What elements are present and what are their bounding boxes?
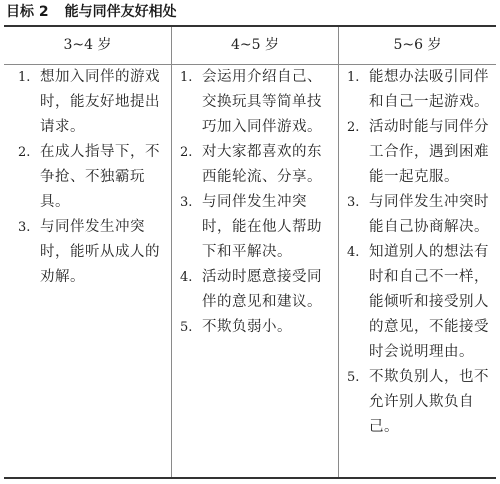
header-age-5-6: 5~6 岁: [339, 27, 496, 64]
list-item: 5. 不欺负别人，也不允许别人欺负自己。: [347, 365, 494, 440]
goal-number: 目标 2: [6, 3, 49, 21]
list-item: 5. 不欺负弱小。: [180, 315, 336, 340]
column-age-5-6: 1. 能想办法吸引同伴和自己一起游戏。 2. 活动时能与同伴分工合作，遇到困难能…: [347, 65, 494, 440]
column-age-3-4: 1. 想加入同伴的游戏时，能友好地提出请求。 2. 在成人指导下，不争抢、不独霸…: [18, 65, 168, 290]
item-number: 5.: [180, 315, 192, 340]
list-item: 2. 在成人指导下，不争抢、不独霸玩具。: [18, 140, 168, 215]
goal-heading: 能与同伴友好相处: [65, 4, 177, 20]
item-number: 4.: [180, 265, 192, 290]
list-item: 3. 与同伴发生冲突时，能听从成人的劝解。: [18, 215, 168, 290]
item-text: 活动时能与同伴分工合作，遇到困难能一起克服。: [369, 115, 494, 190]
column-divider: [171, 27, 172, 477]
item-text: 不欺负别人，也不允许别人欺负自己。: [369, 365, 494, 440]
item-text: 会运用介绍自己、交换玩具等简单技巧加入同伴游戏。: [202, 65, 336, 140]
item-text: 想加入同伴的游戏时，能友好地提出请求。: [40, 65, 168, 140]
item-text: 与同伴发生冲突时，能听从成人的劝解。: [40, 215, 168, 290]
item-number: 4.: [347, 240, 359, 265]
list-item: 3. 与同伴发生冲突时能自己协商解决。: [347, 190, 494, 240]
item-number: 1.: [18, 65, 30, 90]
item-number: 3.: [347, 190, 359, 215]
list-item: 1. 想加入同伴的游戏时，能友好地提出请求。: [18, 65, 168, 140]
item-number: 2.: [347, 115, 359, 140]
list-item: 2. 活动时能与同伴分工合作，遇到困难能一起克服。: [347, 115, 494, 190]
item-number: 3.: [18, 215, 30, 240]
column-divider: [338, 27, 339, 477]
item-text: 与同伴发生冲突时能自己协商解决。: [369, 190, 494, 240]
column-age-4-5: 1. 会运用介绍自己、交换玩具等简单技巧加入同伴游戏。 2. 对大家都喜欢的东西…: [180, 65, 336, 340]
header-age-4-5: 4~5 岁: [172, 27, 338, 64]
list-item: 1. 能想办法吸引同伴和自己一起游戏。: [347, 65, 494, 115]
age-goals-table: 3~4 岁 4~5 岁 5~6 岁 1. 想加入同伴的游戏时，能友好地提出请求。…: [4, 25, 496, 479]
item-number: 1.: [347, 65, 359, 90]
header-age-3-4: 3~4 岁: [4, 27, 171, 64]
item-number: 2.: [180, 140, 192, 165]
item-number: 5.: [347, 365, 359, 390]
list-item: 4. 知道别人的想法有时和自己不一样，能倾听和接受别人的意见，不能接受时会说明理…: [347, 240, 494, 365]
item-number: 2.: [18, 140, 30, 165]
table-header-row: 3~4 岁 4~5 岁 5~6 岁: [4, 27, 496, 65]
item-text: 不欺负弱小。: [202, 315, 336, 340]
list-item: 3. 与同伴发生冲突时，能在他人帮助下和平解决。: [180, 190, 336, 265]
section-title: 目标 2能与同伴友好相处: [6, 3, 177, 21]
item-text: 对大家都喜欢的东西能轮流、分享。: [202, 140, 336, 190]
list-item: 4. 活动时愿意接受同伴的意见和建议。: [180, 265, 336, 315]
item-text: 在成人指导下，不争抢、不独霸玩具。: [40, 140, 168, 215]
list-item: 1. 会运用介绍自己、交换玩具等简单技巧加入同伴游戏。: [180, 65, 336, 140]
item-text: 能想办法吸引同伴和自己一起游戏。: [369, 65, 494, 115]
item-text: 活动时愿意接受同伴的意见和建议。: [202, 265, 336, 315]
item-number: 1.: [180, 65, 192, 90]
list-item: 2. 对大家都喜欢的东西能轮流、分享。: [180, 140, 336, 190]
item-text: 知道别人的想法有时和自己不一样，能倾听和接受别人的意见，不能接受时会说明理由。: [369, 240, 494, 365]
item-text: 与同伴发生冲突时，能在他人帮助下和平解决。: [202, 190, 336, 265]
item-number: 3.: [180, 190, 192, 215]
